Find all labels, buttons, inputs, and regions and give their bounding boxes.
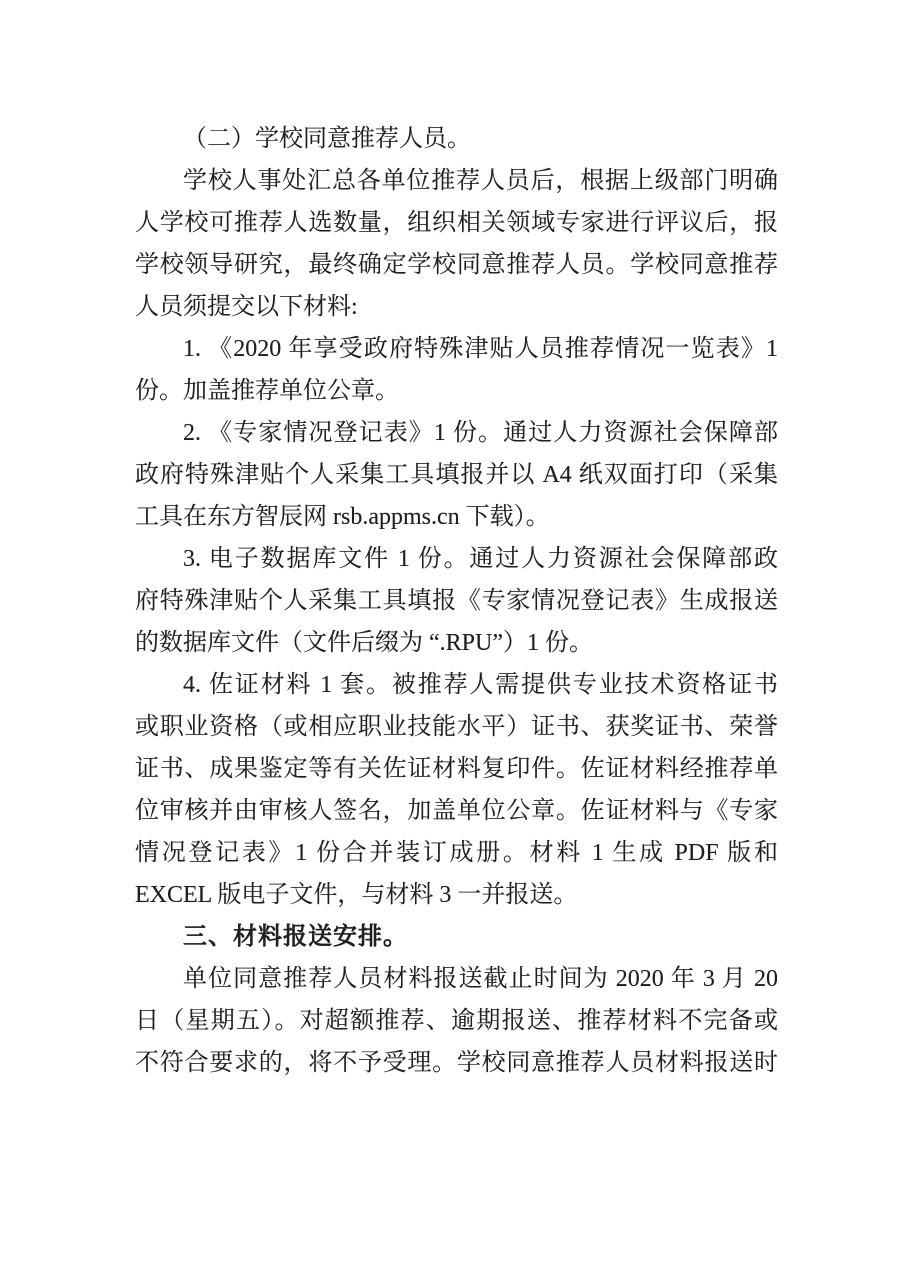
text-line: 人学校可推荐人选数量，组织相关领域专家进行评议后，报 bbox=[135, 202, 778, 244]
text-line: 2. 《专家情况登记表》1 份。通过人力资源社会保障部 bbox=[135, 412, 778, 454]
text-line: 或职业资格（或相应职业技能水平）证书、获奖证书、荣誉 bbox=[135, 706, 778, 748]
text-line: 证书、成果鉴定等有关佐证材料复印件。佐证材料经推荐单 bbox=[135, 748, 778, 790]
text-line: 情况登记表》1 份合并装订成册。材料 1 生成 PDF 版和 bbox=[135, 832, 778, 874]
section-heading: 三、材料报送安排。 bbox=[135, 916, 778, 958]
text-line: EXCEL 版电子文件，与材料 3 一并报送。 bbox=[135, 874, 778, 916]
text-line: 日（星期五）。对超额推荐、逾期报送、推荐材料不完备或 bbox=[135, 1000, 778, 1042]
text-line: 学校人事处汇总各单位推荐人员后，根据上级部门明确 bbox=[135, 160, 778, 202]
text-line: 单位同意推荐人员材料报送截止时间为 2020 年 3 月 20 bbox=[135, 958, 778, 1000]
document-body: （二）学校同意推荐人员。学校人事处汇总各单位推荐人员后，根据上级部门明确人学校可… bbox=[135, 118, 778, 1084]
text-line: 4. 佐证材料 1 套。被推荐人需提供专业技术资格证书 bbox=[135, 664, 778, 706]
document-page: （二）学校同意推荐人员。学校人事处汇总各单位推荐人员后，根据上级部门明确人学校可… bbox=[0, 0, 900, 1273]
text-line: 政府特殊津贴个人采集工具填报并以 A4 纸双面打印（采集 bbox=[135, 454, 778, 496]
text-line: （二）学校同意推荐人员。 bbox=[135, 118, 778, 160]
text-line: 不符合要求的，将不予受理。学校同意推荐人员材料报送时 bbox=[135, 1042, 778, 1084]
text-line: 3. 电子数据库文件 1 份。通过人力资源社会保障部政 bbox=[135, 538, 778, 580]
text-line: 的数据库文件（文件后缀为 “.RPU”）1 份。 bbox=[135, 622, 778, 664]
text-line: 位审核并由审核人签名，加盖单位公章。佐证材料与《专家 bbox=[135, 790, 778, 832]
text-line: 府特殊津贴个人采集工具填报《专家情况登记表》生成报送 bbox=[135, 580, 778, 622]
text-line: 1. 《2020 年享受政府特殊津贴人员推荐情况一览表》1 bbox=[135, 328, 778, 370]
text-line: 份。加盖推荐单位公章。 bbox=[135, 370, 778, 412]
text-line: 工具在东方智辰网 rsb.appms.cn 下载）。 bbox=[135, 496, 778, 538]
text-line: 学校领导研究，最终确定学校同意推荐人员。学校同意推荐 bbox=[135, 244, 778, 286]
text-line: 人员须提交以下材料: bbox=[135, 286, 778, 328]
